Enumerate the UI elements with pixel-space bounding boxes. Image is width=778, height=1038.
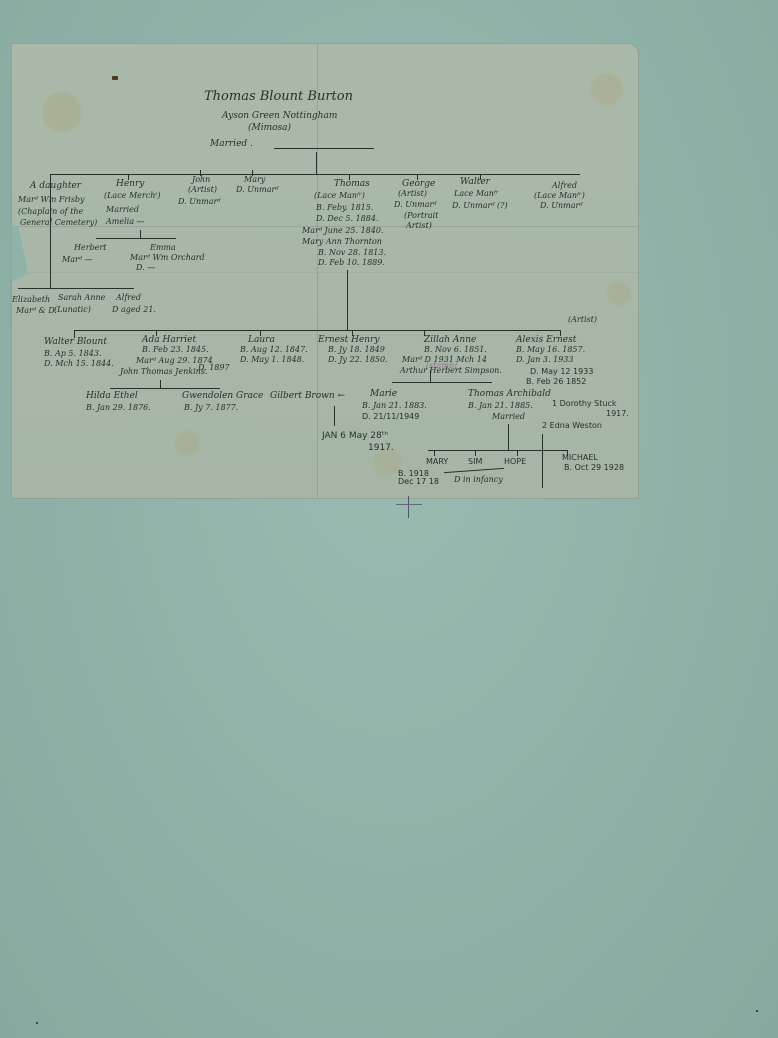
person-detail: D. — [136, 264, 155, 272]
person-detail: (Lunatic) [54, 306, 91, 314]
ink-blot [112, 76, 118, 80]
crosshair-mark [408, 496, 409, 518]
tree-line [475, 450, 476, 456]
person-detail: (Lace Merchᵗ) [104, 192, 160, 200]
tree-line [428, 450, 568, 451]
person-detail: Married [492, 413, 525, 421]
person-detail: B. Feb 26 1852 [526, 378, 586, 386]
person-detail: D. Mch 15. 1844. [44, 360, 114, 368]
spouse-entry: 2 Edna Weston [542, 422, 602, 430]
tree-line [542, 434, 543, 488]
tree-line [434, 450, 435, 456]
family-tree-document: Thomas Blount Burton Ayson Green Notting… [12, 44, 638, 498]
person-detail: Amelia — [106, 218, 145, 226]
person-detail: D. Dec 5. 1884. [316, 215, 378, 223]
marriage-note: JAN 6 May 28ᵗʰ [322, 432, 388, 441]
person-name: MARY [426, 458, 448, 466]
marriage-line [274, 148, 374, 149]
person-detail: D. Unmarᵈ [394, 201, 437, 209]
person-detail: D. Jy 22. 1850. [328, 356, 388, 364]
person-name: Herbert [74, 244, 106, 252]
person-name: Thomas [334, 180, 370, 189]
person-detail: (Artist) [398, 190, 427, 198]
person-detail: Dec 17 18 [398, 478, 439, 486]
person-name: Henry [116, 180, 144, 189]
person-name: MICHAEL [562, 454, 598, 462]
person-name: Walter [460, 178, 490, 187]
person-name: HOPE [504, 458, 526, 466]
person-name: Gilbert Brown ← [270, 392, 345, 401]
tree-line [50, 182, 51, 288]
person-detail: B. May 16. 1857. [516, 346, 585, 354]
spouse-entry: 1 Dorothy Stuck [552, 400, 617, 408]
person-name: Sarah Anne [58, 294, 105, 302]
root-note: Ayson Green Nottingham [222, 112, 337, 121]
speck [756, 1010, 758, 1012]
person-name: Marie [370, 390, 397, 399]
person-detail: General Cemetery) [20, 219, 97, 227]
person-name: A daughter [30, 182, 81, 191]
person-detail: Married [106, 206, 139, 214]
person-detail: B. Nov 6. 1851. [424, 346, 487, 354]
person-name: Walter Blount [44, 338, 107, 347]
person-detail: B. Feb 23. 1845. [142, 346, 209, 354]
person-detail: B. Jan 21. 1883. [362, 402, 427, 410]
person-detail: Marᵈ Wm Orchard [130, 254, 205, 262]
tree-line [334, 406, 335, 426]
person-detail: (Lace Manᶠʳ) [534, 192, 585, 200]
tree-line [110, 388, 220, 389]
tree-line [316, 152, 317, 174]
person-detail: D. 21/11/1949 [362, 413, 419, 421]
person-detail: Arthur Herbert Simpson. [400, 367, 502, 375]
root-note2: (Mimosa) [248, 124, 291, 133]
person-detail: D aged 21. [112, 306, 156, 314]
tree-line [347, 270, 348, 330]
person-detail: Marᵈ & D. [16, 307, 57, 315]
person-detail: B. Jan 29. 1876. [86, 404, 151, 412]
tree-line [444, 468, 504, 473]
person-detail: (Lace Manᶠʳ) [314, 192, 365, 200]
person-detail: (Portrait [404, 212, 438, 220]
person-detail: D. Unmarᵈ (?) [452, 202, 508, 210]
person-detail: D. May 1. 1848. [240, 356, 304, 364]
person-name: John [192, 176, 210, 184]
crosshair-mark [396, 504, 422, 505]
marriage-note: 1917. [368, 444, 394, 453]
person-detail: B. Nov 28. 1813. [318, 249, 386, 257]
person-name: Alfred [116, 294, 141, 302]
person-detail: Marᵈ Wm Frisby [18, 196, 85, 204]
fold-crease [12, 272, 638, 273]
person-detail: B. Jy 18. 1849 [328, 346, 385, 354]
person-name: SIM [468, 458, 482, 466]
torn-edge [12, 226, 28, 282]
tree-line [517, 450, 518, 456]
tree-line [74, 330, 560, 331]
person-detail: B. Jan 21. 1885. [468, 402, 533, 410]
person-detail: D. Jan 3. 1933 [516, 356, 573, 364]
person-detail: Marᵈ — [62, 256, 93, 264]
person-name: Alfred [552, 182, 577, 190]
person-detail: B. Aug 12. 1847. [240, 346, 308, 354]
tree-line [160, 380, 161, 388]
root-name: Thomas Blount Burton [204, 90, 353, 104]
person-detail: D. May 12 1933 [530, 368, 593, 376]
tree-line [18, 288, 134, 289]
person-detail: B. Ap 5. 1843. [44, 350, 101, 358]
person-note: (Artist) [568, 316, 597, 324]
person-name: Hilda Ethel [86, 392, 138, 401]
person-name: Mary [244, 176, 265, 184]
tree-line [508, 424, 509, 450]
person-detail: D in infancy [454, 476, 503, 484]
root-married: Married . [210, 140, 253, 149]
person-detail: D. Unmarᵈ [540, 202, 583, 210]
tree-line [430, 370, 431, 382]
person-name: Elizabeth [12, 296, 50, 304]
tree-line [392, 382, 492, 383]
person-detail: (Artist) [188, 186, 217, 194]
person-detail: B. Jy 7. 1877. [184, 404, 238, 412]
speck [36, 1022, 38, 1024]
tree-line [96, 238, 176, 239]
tree-line [140, 230, 141, 238]
person-name: Emma [150, 244, 176, 252]
person-detail: Lace Manᶠʳ [454, 190, 499, 198]
person-detail: John Thomas Jenkins. [120, 368, 207, 376]
person-detail: Marᵈ June 25. 1840. [302, 227, 383, 235]
person-detail: D. Unmarᵈ [178, 198, 221, 206]
person-detail: Mary Ann Thornton [302, 238, 382, 246]
person-detail: Artist) [406, 222, 432, 230]
spouse-entry: 1917. [606, 410, 629, 418]
person-detail: D. Unmarᵈ [236, 186, 279, 194]
tree-line [50, 174, 580, 175]
person-name: Gwendolen Grace [182, 392, 263, 401]
person-detail: D. Feb 10. 1889. [318, 259, 385, 267]
person-name: Thomas Archibald [468, 390, 551, 399]
person-detail: B. Feby. 1815. [316, 204, 373, 212]
person-detail: B. Oct 29 1928 [564, 464, 624, 472]
